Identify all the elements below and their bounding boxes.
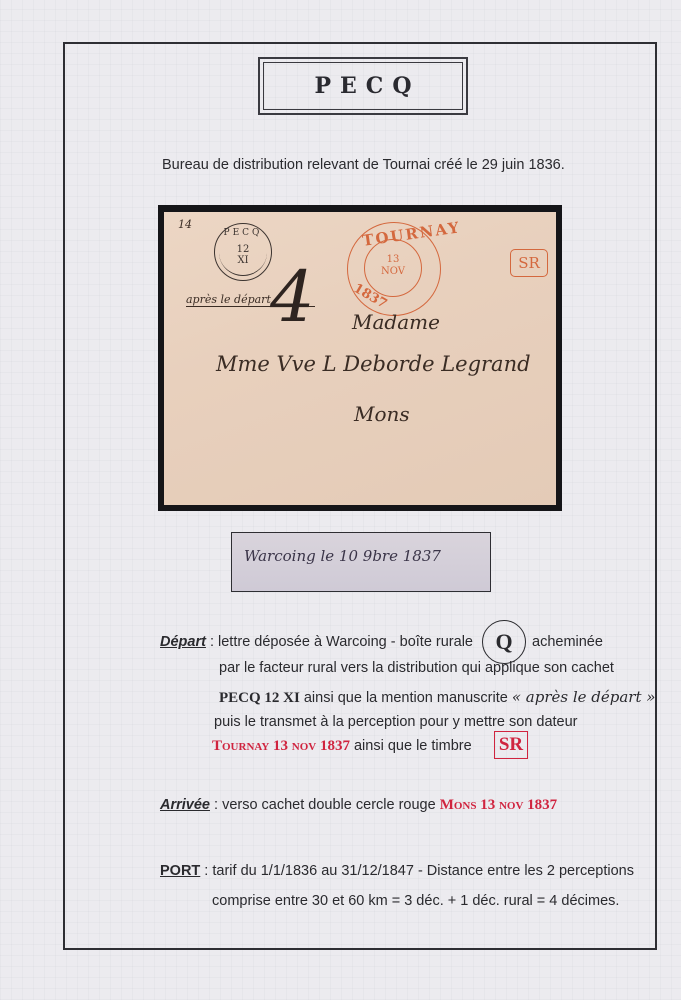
depart-line-1-text: : lettre déposée à Warcoing - boîte rura… (206, 634, 473, 650)
pecq-postmark-name: PECQ (215, 228, 271, 238)
corner-mark: 14 (178, 218, 192, 231)
mons-cachet: Mons 13 nov 1837 (440, 797, 557, 813)
arrivee-text: : verso cachet double cercle rouge (210, 797, 440, 813)
arrivee-line: Arrivée : verso cachet double cercle rou… (160, 797, 557, 814)
depart-line-1-end: acheminée (532, 634, 603, 650)
title-box: PECQ (258, 57, 468, 115)
envelope-image: 14 PECQ 12 XI après le départ TOURNAY 18… (158, 205, 562, 511)
tournay-day: 13 (365, 254, 421, 266)
arrivee-label: Arrivée (160, 797, 210, 813)
tournay-postmark: TOURNAY 1837 13 NOV (347, 222, 441, 316)
depart-line-1: Départ : lettre déposée à Warcoing - boî… (160, 634, 473, 650)
letter-excerpt-text: Warcoing le 10 9bre 1837 (244, 547, 441, 565)
depart-line-4: puis le transmet à la perception pour y … (214, 714, 578, 730)
sr-handstamp: SR (510, 249, 548, 277)
tax-mark: 4 (270, 262, 315, 332)
title-box-inner: PECQ (263, 62, 463, 110)
address-line-3: Mons (354, 402, 410, 426)
pecq-cachet: PECQ 12 XI (219, 690, 300, 706)
port-label: PORT (160, 863, 200, 879)
port-line-2: comprise entre 30 et 60 km = 3 déc. + 1 … (212, 893, 619, 909)
depart-line-5: Tournay 13 nov 1837 ainsi que le timbre (212, 738, 472, 755)
pecq-month: XI (215, 255, 271, 266)
tournay-month: NOV (365, 266, 421, 278)
address-line-2: Mme Vve L Deborde Legrand (216, 352, 531, 376)
depart-line-3: PECQ 12 XI ainsi que la mention manuscri… (219, 688, 655, 707)
mention-manuscrite: « après le départ » (512, 688, 656, 706)
envelope-paper: 14 PECQ 12 XI après le départ TOURNAY 18… (164, 212, 556, 505)
depart-line-3-text: ainsi que la mention manuscrite (300, 690, 512, 706)
pecq-day: 12 (215, 244, 271, 255)
pecq-postmark: PECQ 12 XI (214, 223, 272, 281)
port-line-1: PORT : tarif du 1/1/1836 au 31/12/1847 -… (160, 863, 634, 879)
depart-line-5-text: ainsi que le timbre (350, 738, 472, 754)
depart-label: Départ (160, 634, 206, 650)
depart-line-2: par le facteur rural vers la distributio… (219, 660, 614, 676)
address-line-1: Madame (352, 310, 440, 334)
tournay-dateur: Tournay 13 nov 1837 (212, 738, 350, 754)
rural-box-q-stamp: Q (482, 620, 526, 664)
subtitle: Bureau de distribution relevant de Tourn… (162, 157, 565, 173)
port-line-1-text: : tarif du 1/1/1836 au 31/12/1847 - Dist… (200, 863, 634, 879)
pecq-postmark-date: 12 XI (215, 244, 271, 266)
letter-excerpt-image: Warcoing le 10 9bre 1837 (231, 532, 491, 592)
page-title: PECQ (306, 73, 421, 99)
sr-timbre-box: SR (494, 731, 528, 759)
tournay-postmark-inner: 13 NOV (364, 239, 422, 297)
